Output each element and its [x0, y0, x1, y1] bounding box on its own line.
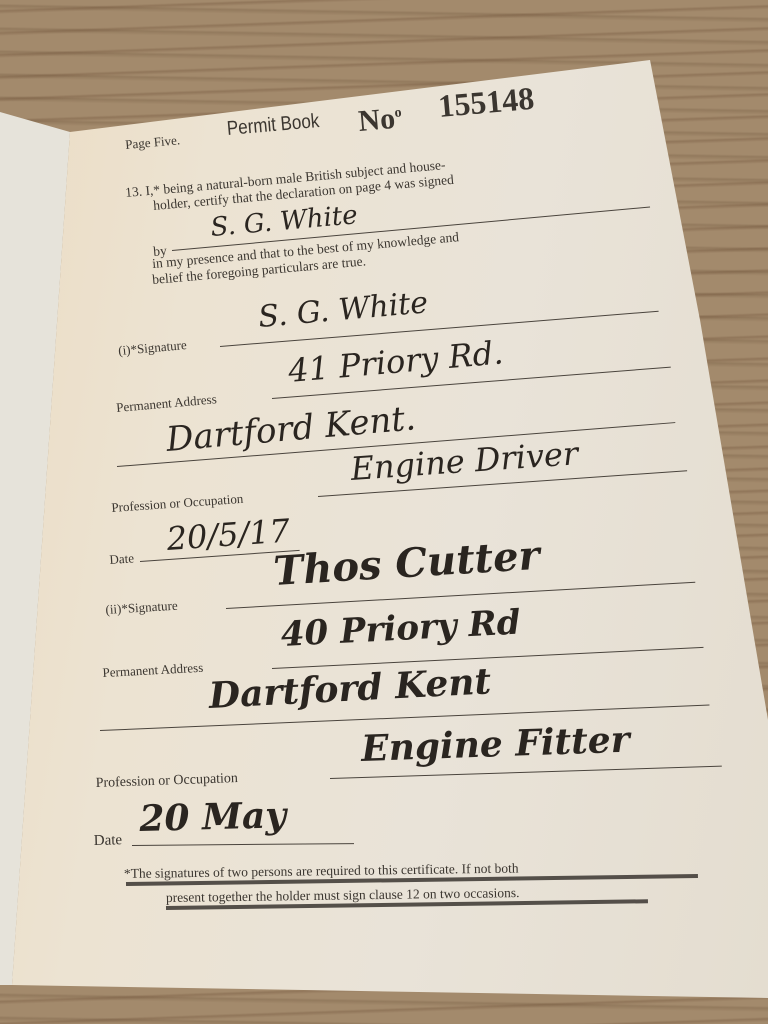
document-title: Permit Book: [226, 110, 320, 141]
address-2-line-1-value[interactable]: 40 Priory Rd: [280, 603, 522, 655]
signature-2-value[interactable]: Thos Cutter: [272, 532, 541, 595]
permit-number: 155148: [437, 80, 536, 125]
date-2-value[interactable]: 20 May: [139, 794, 287, 840]
address-2-label: Permanent Address: [102, 660, 203, 681]
occupation-2-label: Profession or Occupation: [95, 771, 238, 792]
signature-1-label: (i)*Signature: [118, 337, 188, 359]
occupation-2-value[interactable]: Engine Fitter: [361, 719, 631, 770]
signature-2-label: (ii)*Signature: [105, 598, 178, 618]
page-content: Page Five. Permit Book Noo 155148 13. I,…: [0, 0, 768, 1024]
date-1-label: Date: [109, 550, 135, 568]
address-2-line-2-value[interactable]: Dartford Kent: [208, 660, 492, 717]
occupation-1-label: Profession or Occupation: [111, 491, 244, 516]
address-1-label: Permanent Address: [116, 391, 218, 416]
number-prefix: Noo: [357, 101, 403, 139]
date-2-line: [132, 843, 354, 846]
clause-number: 13.: [125, 184, 143, 200]
date-2-label: Date: [94, 832, 123, 850]
signature-1-value[interactable]: S. G. White: [257, 285, 429, 335]
page-label: Page Five.: [125, 132, 181, 153]
